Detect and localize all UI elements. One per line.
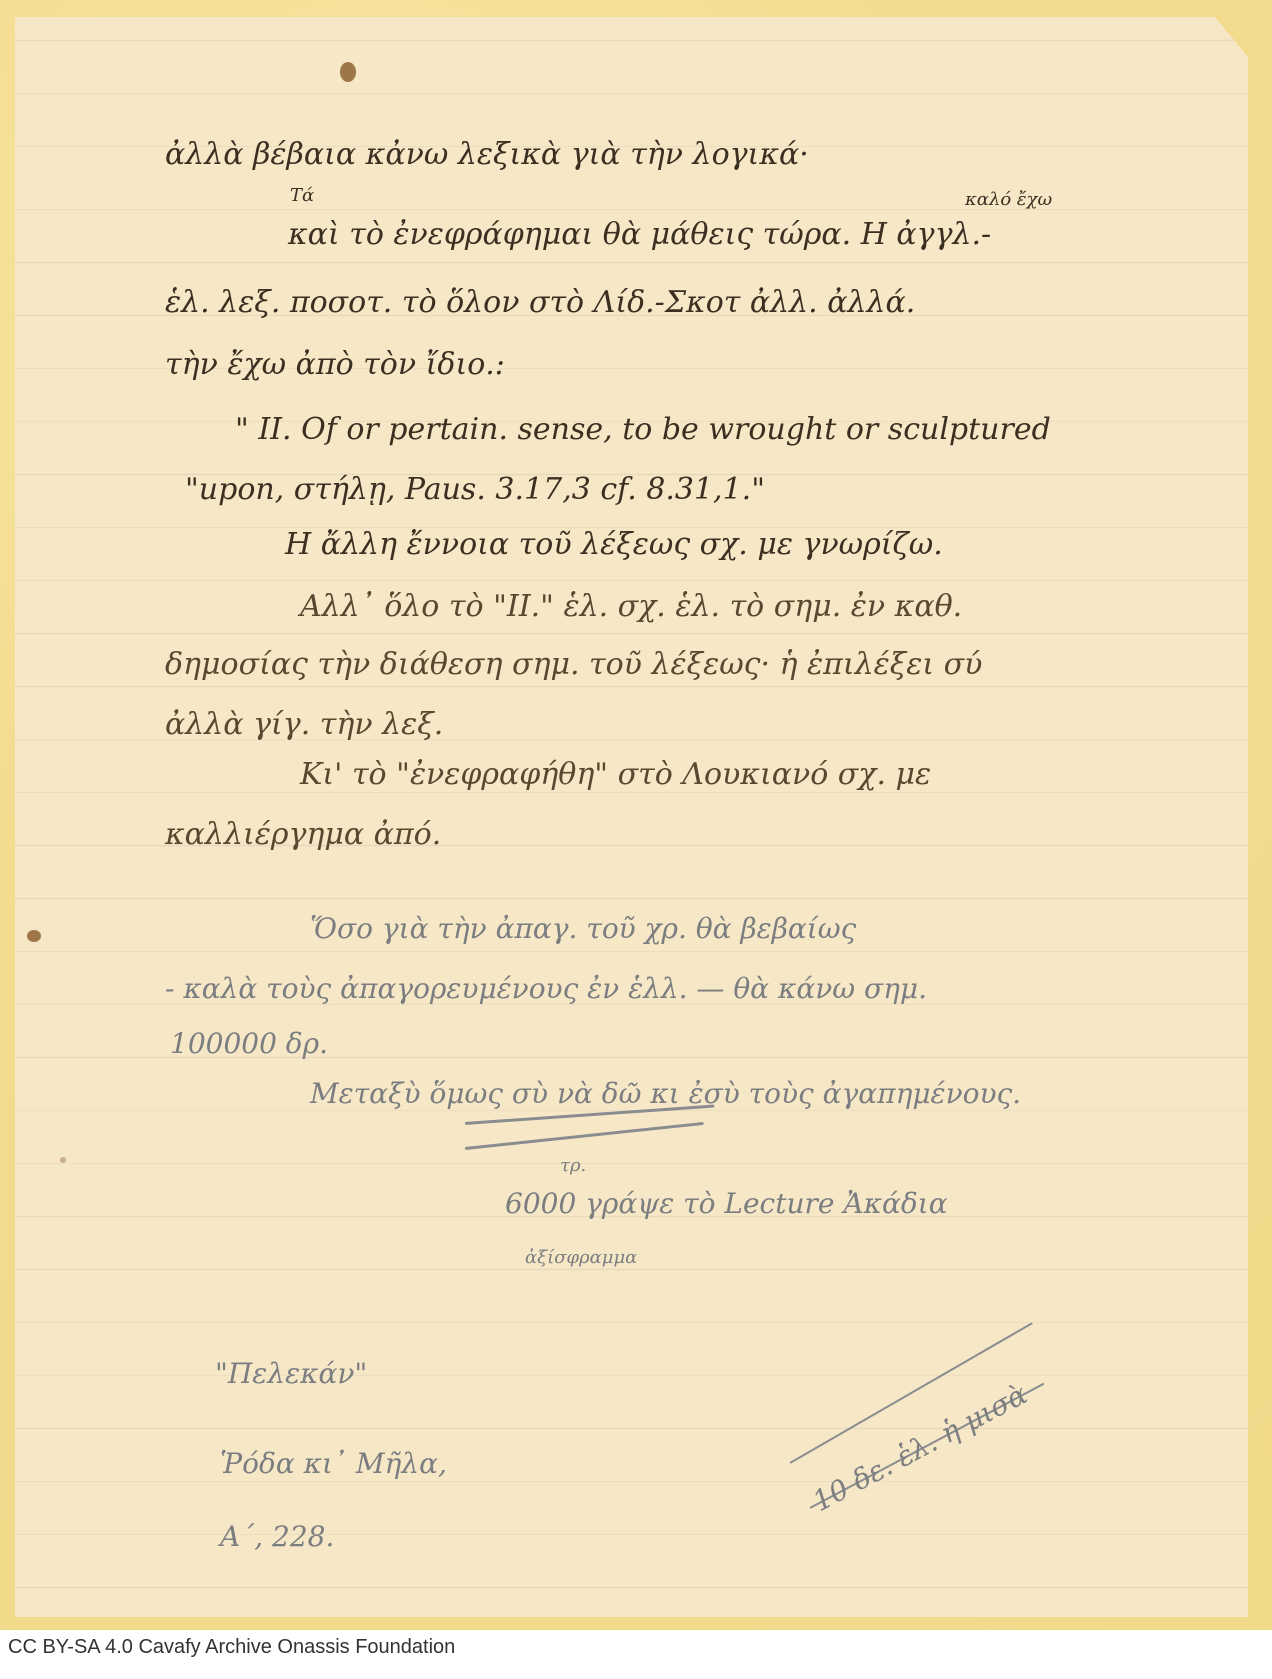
pencil-line: ἀξίσφραμμα (525, 1247, 637, 1268)
text-line: τὴν ἔχω ἀπὸ τὸν ἴδιο.: (165, 347, 505, 382)
text-line: ἀλλὰ βέβαια κἀνω λεξικὰ γιὰ τὴν λογικά· (165, 137, 809, 172)
pencil-line: Ὅσο γιὰ τὴν ἀπαγ. τοῦ χρ. θὰ βεβαίως (310, 912, 856, 945)
pencil-line: 6000 γράψε τὸ Lecture Ἀκάδια (505, 1187, 948, 1220)
text-line: Η ἄλλη ἔννοια τοῦ λέξεως σχ. με γνωρίζω. (285, 527, 943, 562)
pencil-line: Μεταξὺ ὅμως σὺ νὰ δῶ κι ἐσὺ τοὺς ἀγαπημέ… (310, 1077, 1021, 1110)
text-line: καλλιέργημα ἀπό. (165, 817, 441, 852)
pencil-citation: Α΄, 228. (220, 1520, 334, 1553)
ink-stain (27, 930, 41, 942)
text-line: Αλλ᾽ ὅλο τὸ "II." ἑλ. σχ. ἑλ. τὸ σημ. ἐν… (300, 589, 962, 624)
insertion-text: Τά (290, 185, 314, 206)
quoted-definition: "upon, στήλῃ, Paus. 3.17,3 cf. 8.31,1." (185, 472, 765, 507)
pencil-line: 100000 δρ. (170, 1027, 328, 1060)
pencil-superscript: τρ. (560, 1155, 586, 1176)
quoted-definition: " II. Of or pertain. sense, to be wrough… (235, 412, 1051, 447)
text-line: καὶ τὸ ἐνεφράφημαι θὰ μάθεις τώρα. Η ἀγγ… (288, 217, 991, 252)
text-line: ἑλ. λεξ. ποσοτ. τὸ ὅλον στὸ Λίδ.-Σκοτ ἀλ… (165, 285, 915, 320)
pencil-citation: Ῥόδα κι᾽ Μῆλα, (220, 1447, 447, 1480)
ink-stain (340, 62, 356, 82)
pencil-diagonal-note: 10 δε. ἑλ. ἡ μισὰ (807, 1377, 1032, 1518)
text-line: δημοσίας τὴν διάθεση σημ. τοῦ λέξεως· ἡ … (165, 647, 982, 682)
pencil-citation: "Πελεκάν" (215, 1357, 367, 1390)
pencil-double-rule (465, 1122, 704, 1150)
license-credit: CC BY-SA 4.0 Cavafy Archive Onassis Foun… (8, 1636, 455, 1659)
ink-stain (60, 1157, 66, 1163)
pencil-line: - καλὰ τοὺς ἀπαγορευμένους ἐν ἑλλ. — θὰ … (165, 972, 927, 1005)
text-line: Κι' τὸ "ἐνεφραφήθη" στὸ Λουκιανό σχ. με (300, 757, 931, 792)
text-line: ἀλλὰ γίγ. τὴν λεξ. (165, 707, 443, 742)
margin-insertion: καλό ἔχω (965, 189, 1052, 210)
manuscript-page: ἀλλὰ βέβαια κἀνω λεξικὰ γιὰ τὴν λογικά· … (15, 17, 1248, 1617)
